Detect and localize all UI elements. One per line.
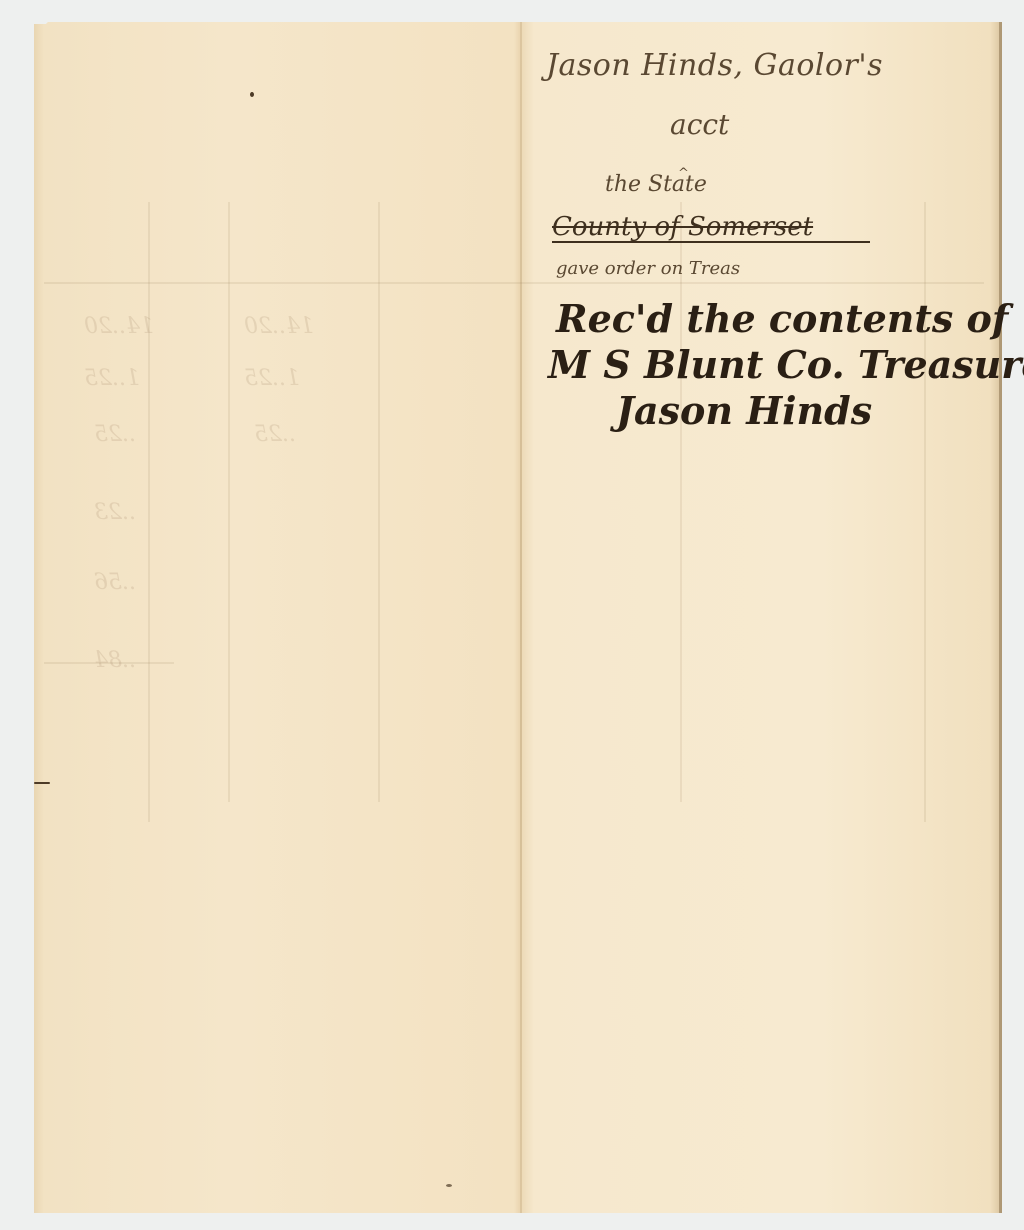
bleed-vline — [378, 202, 380, 802]
bleed-value: 14..20 — [244, 314, 314, 339]
bleed-hline — [44, 282, 984, 284]
struck-text: County of Somerset — [552, 212, 813, 242]
struck-underline — [552, 241, 870, 243]
bleed-value: ..23 — [94, 500, 136, 525]
bleed-vline — [228, 202, 230, 802]
signature: Jason Hinds — [616, 388, 872, 433]
ink-speck — [446, 1184, 452, 1187]
receipt-line-2: M S Blunt Co. Treasurer — [548, 342, 1024, 387]
document-page: 14..20 1..25 ..25 ..23 ..56 ..84 14..20 … — [34, 22, 1002, 1213]
fold-crease — [520, 22, 522, 1213]
inserted-text: the State — [605, 172, 707, 197]
bleed-vline — [680, 202, 682, 802]
bleed-value: 14..20 — [84, 314, 154, 339]
ink-speck — [250, 92, 254, 97]
bleed-value: ..84 — [94, 648, 136, 673]
docket-title: Jason Hinds, Gaolor's — [546, 48, 883, 83]
docket-subtitle: acct — [670, 108, 729, 141]
bleed-vline — [148, 202, 150, 822]
bleed-value: ..25 — [94, 422, 136, 447]
bleed-vline — [924, 202, 926, 822]
receipt-line-1: Rec'd the contents of — [556, 296, 1008, 341]
ink-speck — [34, 782, 50, 784]
bleed-value: ..56 — [94, 570, 136, 595]
docket-note: gave order on Treas — [556, 258, 740, 279]
page-edge — [999, 22, 1002, 1213]
bleed-value: ..25 — [254, 422, 296, 447]
left-leaf — [34, 22, 520, 1213]
right-leaf — [520, 22, 1002, 1213]
ink-speck — [354, 1214, 358, 1217]
bleed-value: 1..25 — [244, 366, 300, 391]
bleed-value: 1..25 — [84, 366, 140, 391]
